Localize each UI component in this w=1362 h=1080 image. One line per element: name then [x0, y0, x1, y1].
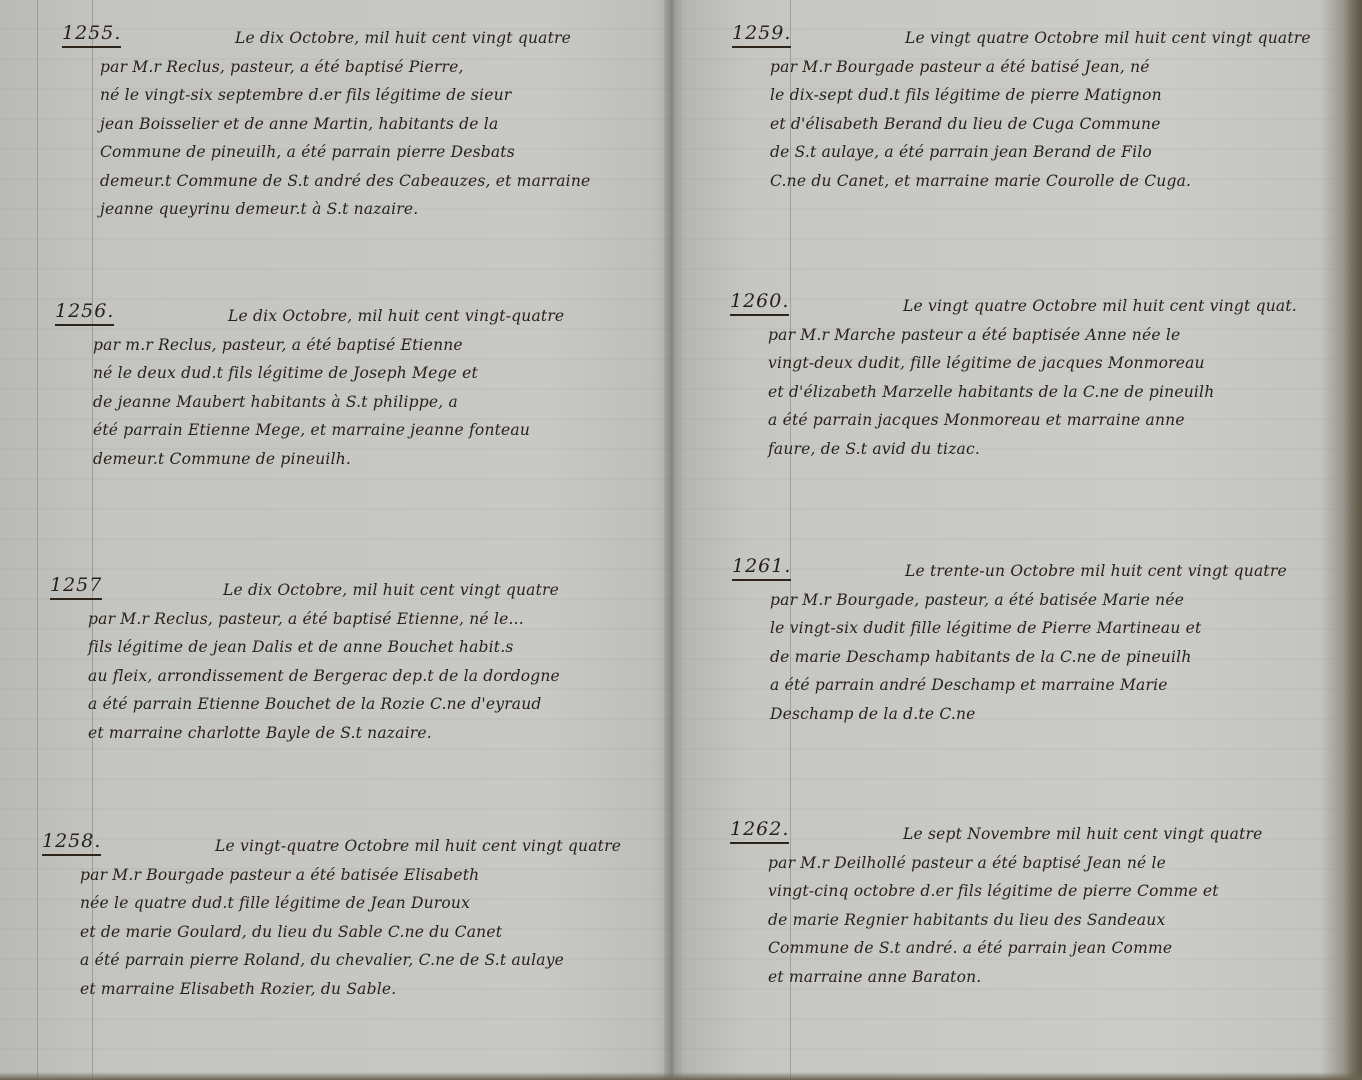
entry-line: de marie Regnier habitants du lieu des S… [768, 906, 1263, 935]
entry-line: C.ne du Canet, et marraine marie Couroll… [770, 167, 1311, 196]
entry-line: Le sept Novembre mil huit cent vingt qua… [768, 820, 1263, 849]
margin-rule [37, 0, 38, 1080]
entry-line: née le quatre dud.t fille légitime de Je… [80, 889, 621, 918]
entry-line: et marraine Elisabeth Rozier, du Sable. [80, 975, 621, 1004]
entry-line: Le dix Octobre, mil huit cent vingt quat… [88, 576, 560, 605]
entry-line: Le dix Octobre, mil huit cent vingt-quat… [93, 302, 564, 331]
entry-line: par M.r Bourgade, pasteur, a été batisée… [770, 586, 1287, 615]
entry-line: par M.r Reclus, pasteur, a été baptisé E… [88, 605, 560, 634]
entry-line: le vingt-six dudit fille légitime de Pie… [770, 614, 1287, 643]
entry-line: Le trente-un Octobre mil huit cent vingt… [770, 557, 1287, 586]
entry-line: jean Boisselier et de anne Martin, habit… [100, 110, 590, 139]
entry-line: au fleix, arrondissement de Bergerac dep… [88, 662, 560, 691]
entry-line: de S.t aulaye, a été parrain jean Berand… [770, 138, 1311, 167]
entry-line: a été parrain pierre Roland, du chevalie… [80, 946, 621, 975]
entry-line: fils légitime de jean Dalis et de anne B… [88, 633, 560, 662]
entry-line: et d'élisabeth Berand du lieu de Cuga Co… [770, 110, 1311, 139]
entry-line: jeanne queyrinu demeur.t à S.t nazaire. [100, 195, 590, 224]
entry-text: Le dix Octobre, mil huit cent vingt-quat… [93, 302, 564, 473]
entry-text: Le sept Novembre mil huit cent vingt qua… [768, 820, 1263, 991]
entry-line: et d'élizabeth Marzelle habitants de la … [768, 378, 1297, 407]
entry-line: faure, de S.t avid du tizac. [768, 435, 1297, 464]
entry-line: par M.r Marche pasteur a été baptisée An… [768, 321, 1297, 350]
entry-line: le dix-sept dud.t fils légitime de pierr… [770, 81, 1311, 110]
entry-text: Le vingt quatre Octobre mil huit cent vi… [770, 24, 1311, 195]
entry-text: Le trente-un Octobre mil huit cent vingt… [770, 557, 1287, 728]
page-edge [1344, 0, 1362, 1080]
register-spread: 1255. Le dix Octobre, mil huit cent ving… [0, 0, 1362, 1080]
entry-line: vingt-cinq octobre d.er fils légitime de… [768, 877, 1263, 906]
entry-line: vingt-deux dudit, fille légitime de jacq… [768, 349, 1297, 378]
entry-line: a été parrain jacques Monmoreau et marra… [768, 406, 1297, 435]
entry-line: Commune de pineuilh, a été parrain pierr… [100, 138, 590, 167]
entry-line: Deschamp de la d.te C.ne [770, 700, 1287, 729]
entry-line: de jeanne Maubert habitants à S.t philip… [93, 388, 564, 417]
entry-text: Le dix Octobre, mil huit cent vingt quat… [100, 24, 590, 224]
entry-line: Le vingt quatre Octobre mil huit cent vi… [770, 24, 1311, 53]
entry-line: né le vingt-six septembre d.er fils légi… [100, 81, 590, 110]
entry-line: par M.r Bourgade pasteur a été batisé Je… [770, 53, 1311, 82]
book-gutter [664, 0, 682, 1080]
entry-line: et de marie Goulard, du lieu du Sable C.… [80, 918, 621, 947]
entry-line: a été parrain Etienne Bouchet de la Rozi… [88, 690, 560, 719]
entry-line: né le deux dud.t fils légitime de Joseph… [93, 359, 564, 388]
entry-line: de marie Deschamp habitants de la C.ne d… [770, 643, 1287, 672]
entry-line: Commune de S.t andré. a été parrain jean… [768, 934, 1263, 963]
page-edge-bottom [0, 1072, 1362, 1080]
entry-line: Le vingt-quatre Octobre mil huit cent vi… [80, 832, 621, 861]
entry-text: Le vingt-quatre Octobre mil huit cent vi… [80, 832, 621, 1003]
entry-line: par m.r Reclus, pasteur, a été baptisé E… [93, 331, 564, 360]
entry-line: et marraine charlotte Bayle de S.t nazai… [88, 719, 560, 748]
entry-line: par M.r Deilhollé pasteur a été baptisé … [768, 849, 1263, 878]
entry-line: Le vingt quatre Octobre mil huit cent vi… [768, 292, 1297, 321]
entry-line: par M.r Bourgade pasteur a été batisée E… [80, 861, 621, 890]
entry-line: demeur.t Commune de pineuilh. [93, 445, 564, 474]
entry-text: Le vingt quatre Octobre mil huit cent vi… [768, 292, 1297, 463]
entry-line: demeur.t Commune de S.t andré des Cabeau… [100, 167, 590, 196]
entry-line: a été parrain andré Deschamp et marraine… [770, 671, 1287, 700]
entry-line: et marraine anne Baraton. [768, 963, 1263, 992]
entry-text: Le dix Octobre, mil huit cent vingt quat… [88, 576, 560, 747]
entry-line: été parrain Etienne Mege, et marraine je… [93, 416, 564, 445]
entry-line: par M.r Reclus, pasteur, a été baptisé P… [100, 53, 590, 82]
entry-line: Le dix Octobre, mil huit cent vingt quat… [100, 24, 590, 53]
